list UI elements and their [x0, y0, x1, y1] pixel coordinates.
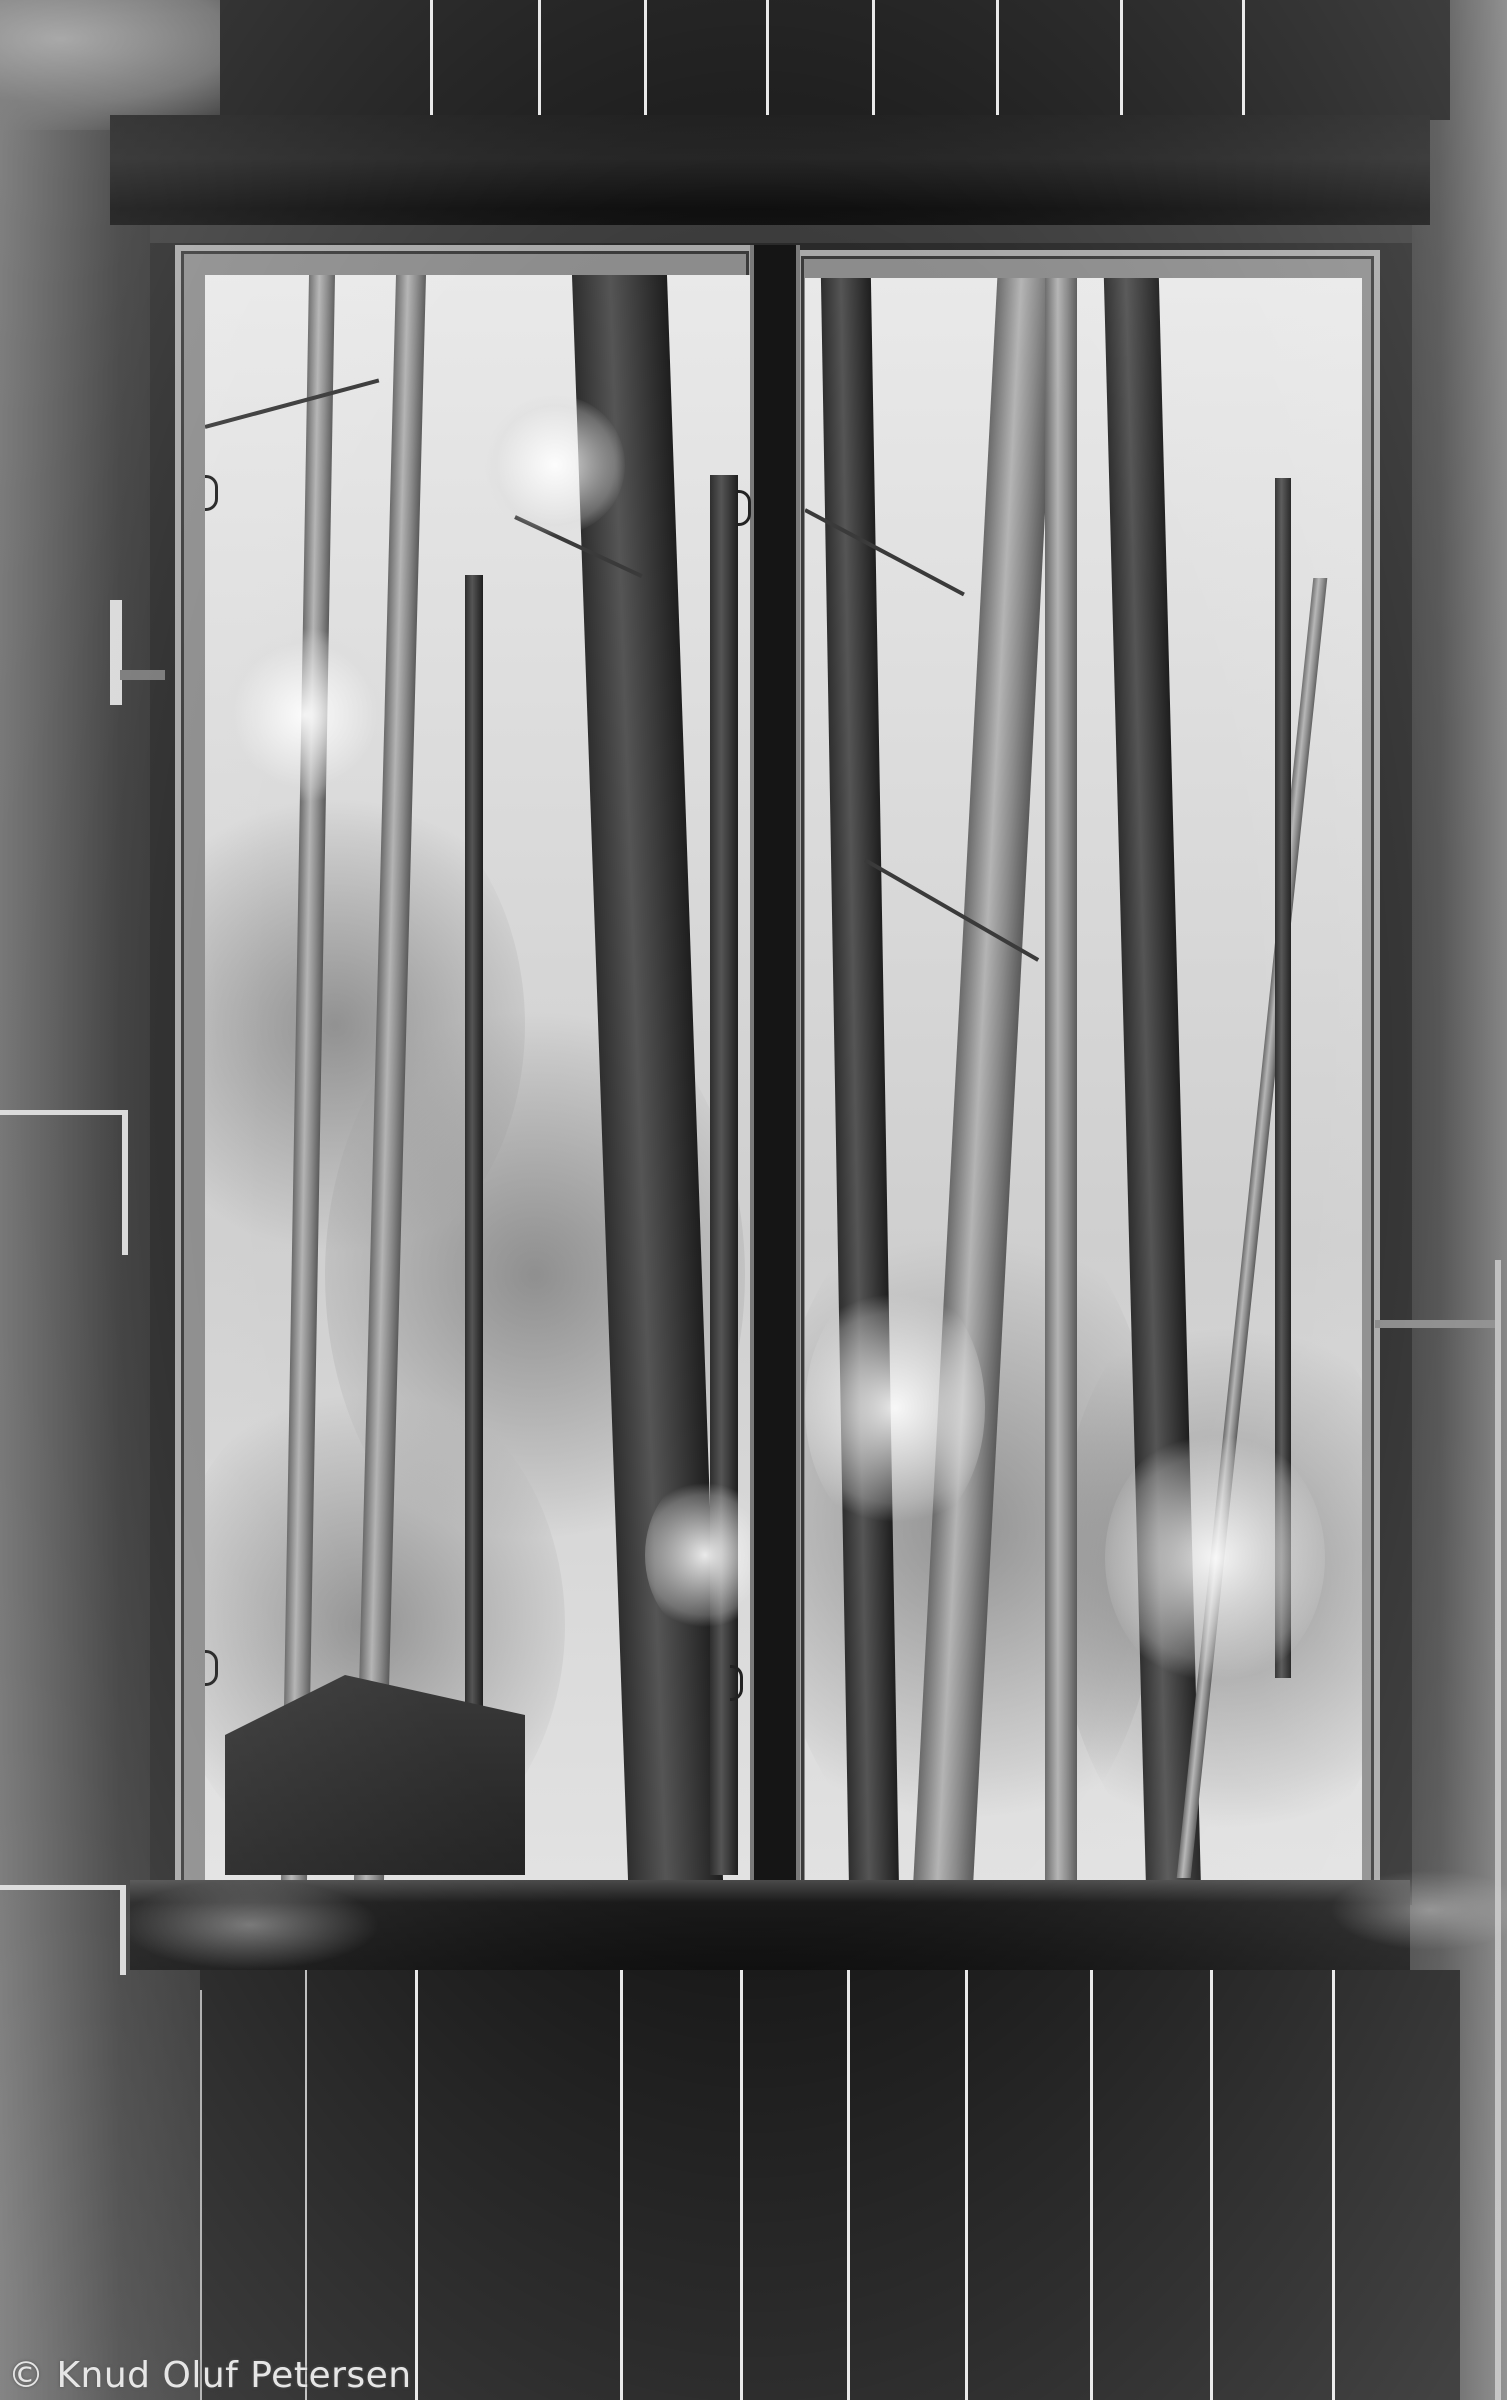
board-gap — [1090, 1970, 1093, 2400]
board-gap — [644, 0, 647, 118]
board-gap — [1242, 0, 1245, 118]
left-window-pane — [205, 275, 750, 1880]
board-gap — [415, 1970, 418, 2400]
board-gap — [740, 1970, 743, 2400]
shutter-latch-arm — [1375, 1320, 1500, 1328]
board-gap — [1332, 1970, 1335, 2400]
board-gap — [847, 1970, 850, 2400]
window-header-beam — [110, 115, 1430, 225]
board-gap — [430, 0, 433, 118]
window-mullion — [750, 245, 800, 1905]
shutter-edge — [0, 1110, 128, 1115]
foliage-highlight — [485, 395, 625, 535]
copyright-watermark: © Knud Oluf Petersen — [8, 2355, 412, 2396]
board-gap — [620, 1970, 623, 2400]
tree-trunk — [1045, 278, 1077, 1893]
shutter-latch — [110, 600, 122, 705]
cobweb — [120, 1880, 380, 1970]
branch — [205, 378, 379, 428]
board-gap — [965, 1970, 968, 2400]
board-gap — [872, 0, 875, 118]
board-gap — [1210, 1970, 1213, 2400]
foliage-highlight — [805, 1278, 985, 1538]
shutter-latch-arm — [120, 670, 165, 680]
shutter-edge — [0, 1885, 125, 1890]
cobweb — [1330, 1870, 1507, 1950]
board-gap — [200, 1990, 202, 2400]
foliage-highlight — [1105, 1428, 1325, 1688]
photograph: © Knud Oluf Petersen — [0, 0, 1507, 2400]
board-gap — [766, 0, 769, 118]
right-window-pane — [805, 278, 1362, 1893]
board-gap — [996, 0, 999, 118]
shutter-edge — [1495, 1260, 1501, 2400]
tree-trunk — [465, 575, 483, 1875]
lower-wall-boards — [200, 1970, 1460, 2400]
board-gap — [538, 0, 541, 118]
foliage-highlight — [225, 625, 385, 805]
shutter-edge — [122, 1110, 128, 1255]
board-gap — [305, 1970, 307, 2400]
upper-wall-boards — [220, 0, 1450, 120]
board-gap — [1120, 0, 1123, 118]
